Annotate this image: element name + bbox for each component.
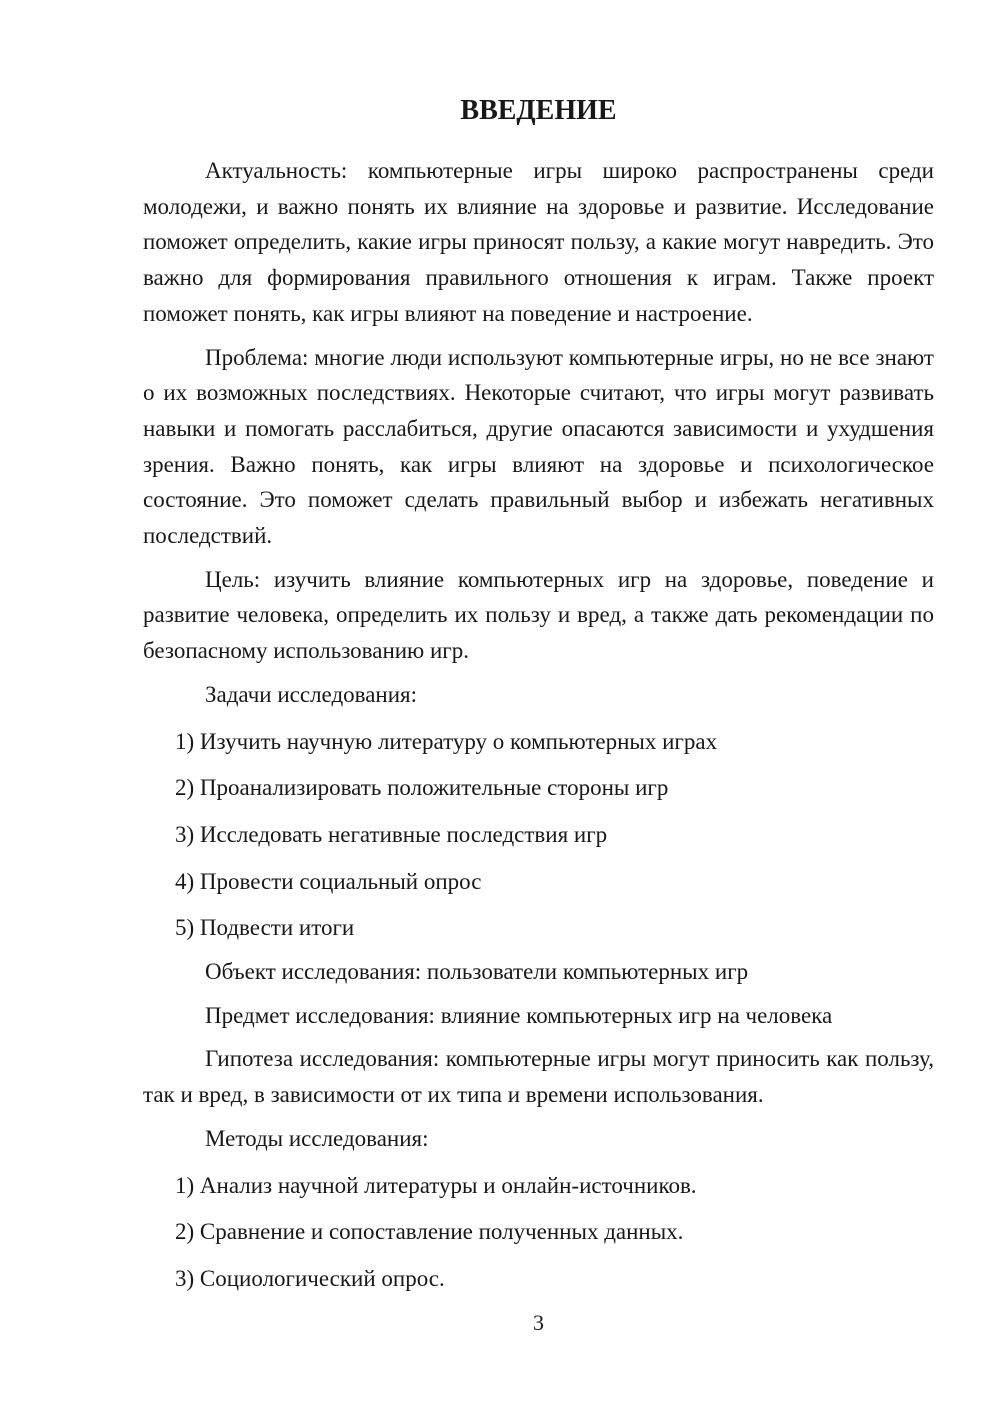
paragraph-subject: Предмет исследования: влияние компьютерн… <box>143 998 934 1034</box>
document-page: ВВЕДЕНИЕ Актуальность: компьютерные игры… <box>0 0 1000 1414</box>
tasks-heading: Задачи исследования: <box>143 677 934 713</box>
methods-list: 1) Анализ научной литературы и онлайн-ис… <box>143 1168 934 1297</box>
task-item-4: 4) Провести социальный опрос <box>143 864 934 900</box>
paragraph-goal: Цель: изучить влияние компьютерных игр н… <box>143 562 934 669</box>
task-item-1: 1) Изучить научную литературу о компьюте… <box>143 724 934 760</box>
page-number: 3 <box>143 1305 934 1341</box>
paragraph-problem: Проблема: многие люди используют компьют… <box>143 340 934 554</box>
task-item-3: 3) Исследовать негативные последствия иг… <box>143 817 934 853</box>
page-title: ВВЕДЕНИЕ <box>143 95 934 126</box>
method-item-3: 3) Социологический опрос. <box>143 1261 934 1297</box>
method-item-2: 2) Сравнение и сопоставление полученных … <box>143 1214 934 1250</box>
method-item-1: 1) Анализ научной литературы и онлайн-ис… <box>143 1168 934 1204</box>
paragraph-relevance: Актуальность: компьютерные игры широко р… <box>143 153 934 332</box>
tasks-list: 1) Изучить научную литературу о компьюте… <box>143 724 934 947</box>
methods-heading: Методы исследования: <box>143 1121 934 1157</box>
page-content: ВВЕДЕНИЕ Актуальность: компьютерные игры… <box>143 0 934 1340</box>
paragraph-object: Объект исследования: пользователи компью… <box>143 954 934 990</box>
task-item-5: 5) Подвести итоги <box>143 910 934 946</box>
task-item-2: 2) Проанализировать положительные сторон… <box>143 770 934 806</box>
paragraph-hypothesis: Гипотеза исследования: компьютерные игры… <box>143 1041 934 1112</box>
